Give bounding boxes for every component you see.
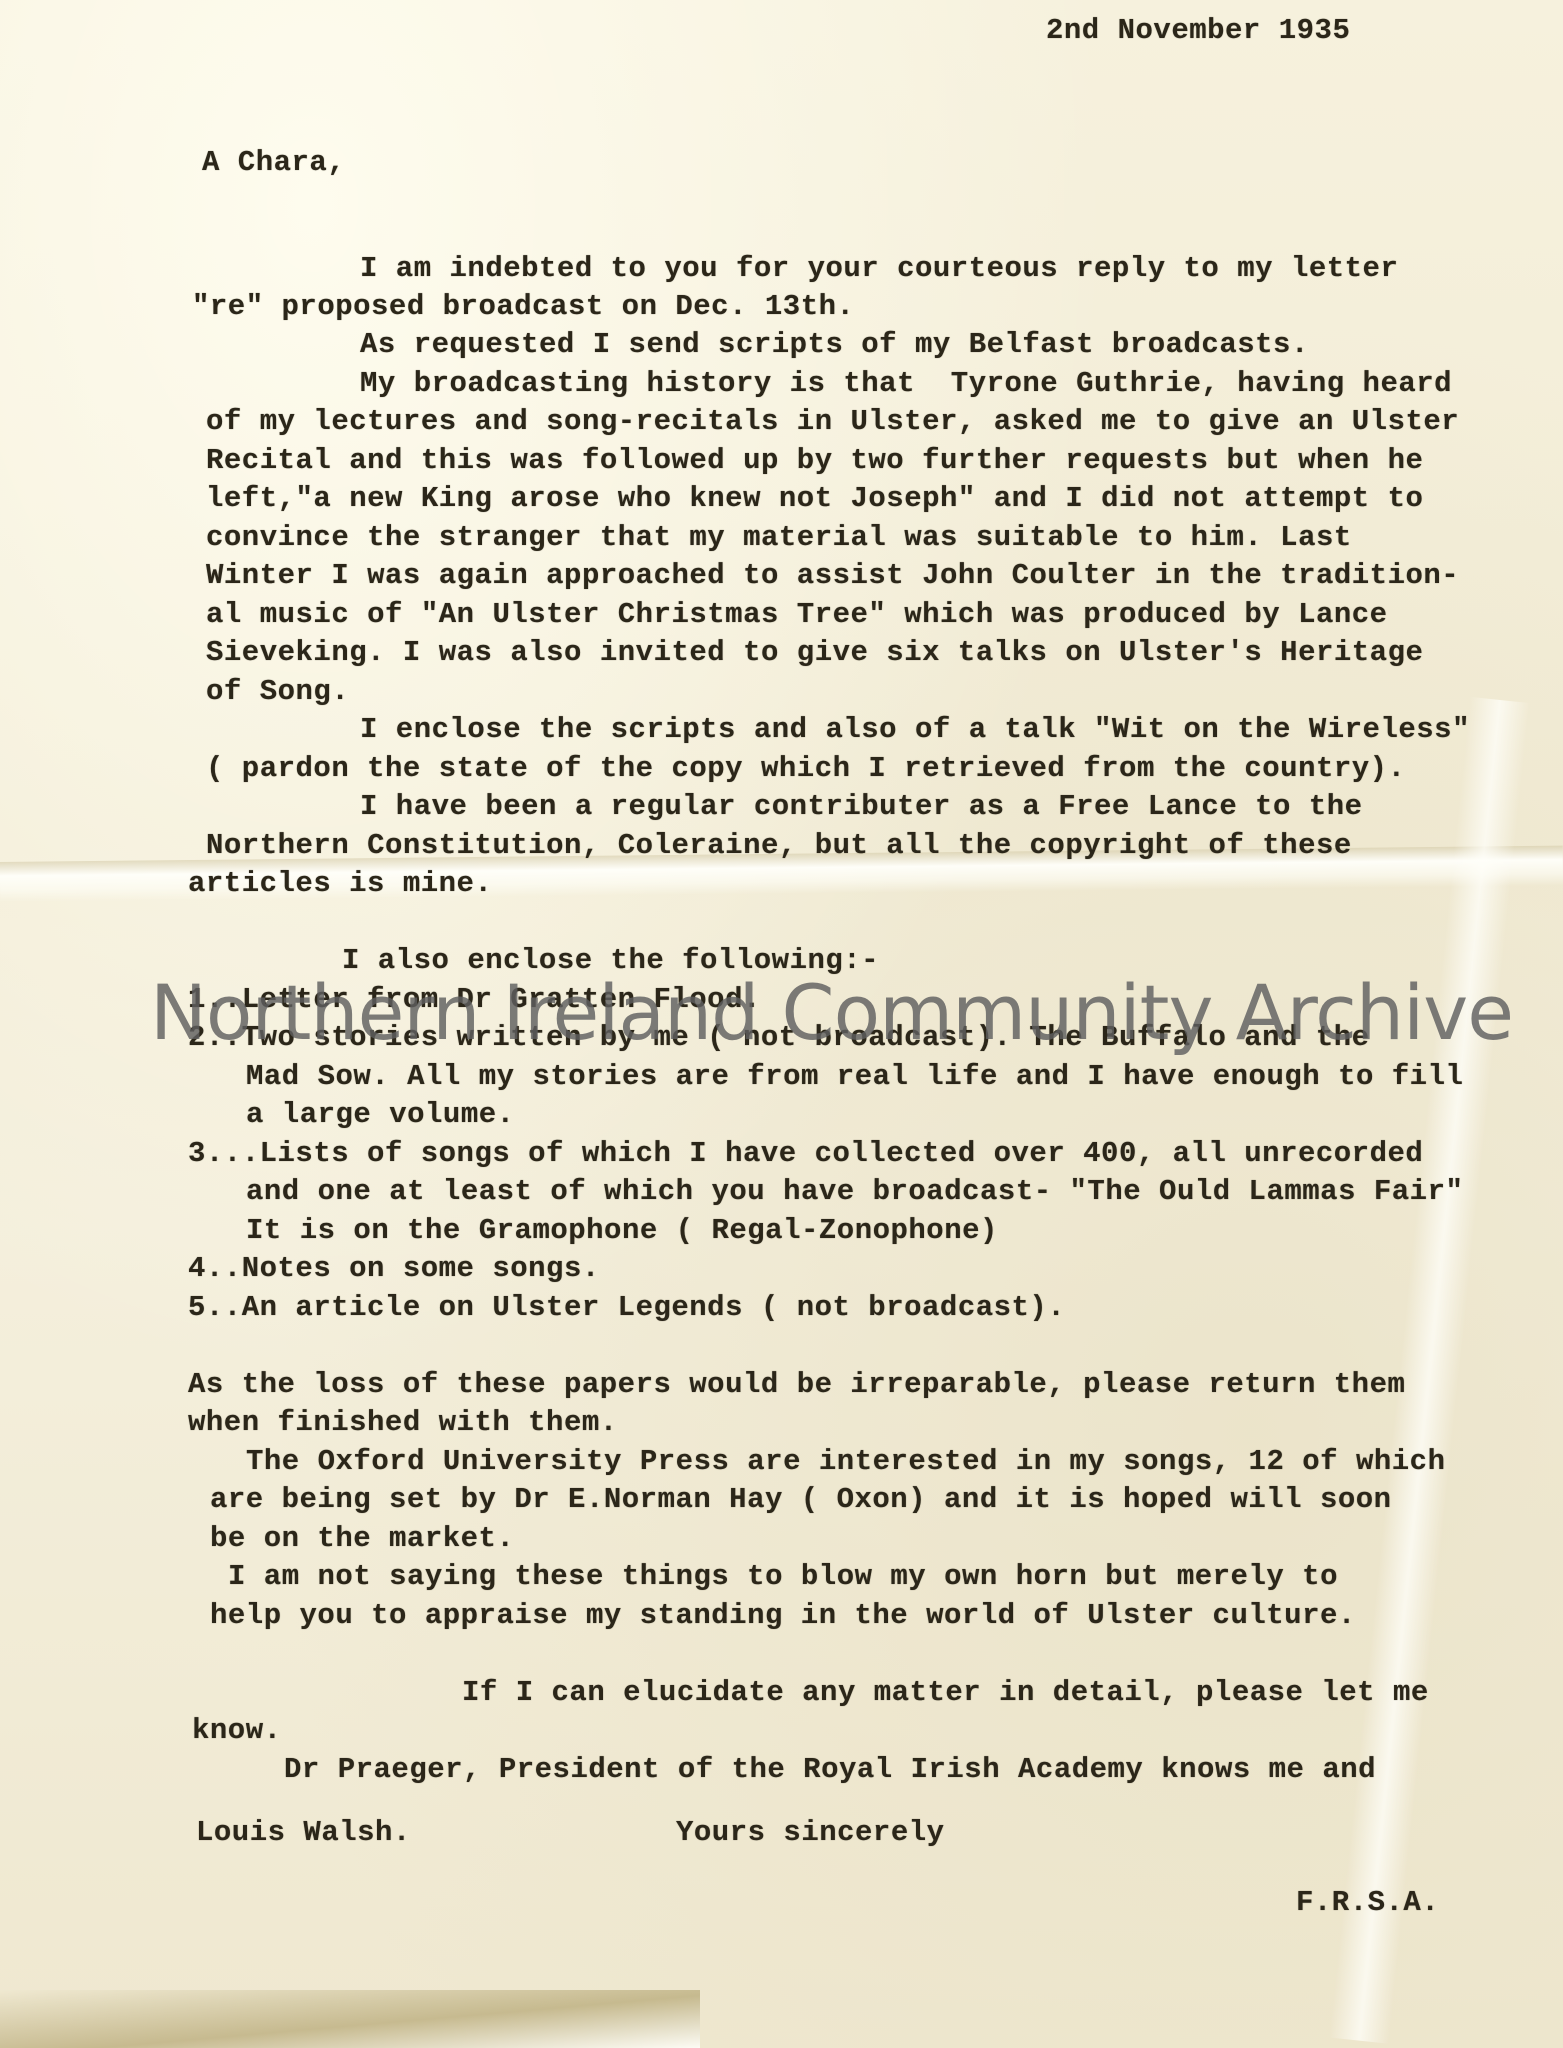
letter-line: Recital and this was followed up by two …	[206, 444, 1423, 478]
letter-line: Mad Sow. All my stories are from real li…	[246, 1060, 1463, 1094]
letter-date: 2nd November 1935	[1046, 14, 1350, 48]
letter-closing: Yours sincerely	[676, 1816, 945, 1850]
letter-line: I also enclose the following:-	[342, 944, 879, 978]
letter-line: be on the market.	[210, 1522, 514, 1556]
letter-line: know.	[192, 1714, 282, 1748]
letter-line: ( pardon the state of the copy which I r…	[206, 752, 1406, 786]
letter-line: a large volume.	[246, 1098, 515, 1132]
letter-line: al music of "An Ulster Christmas Tree" w…	[206, 598, 1388, 632]
letter-line: Northern Constitution, Coleraine, but al…	[206, 829, 1352, 863]
letter-line: As the loss of these papers would be irr…	[188, 1368, 1405, 1402]
letter-line: I am not saying these things to blow my …	[228, 1560, 1338, 1594]
letter-line: left,"a new King arose who knew not Jose…	[206, 482, 1423, 516]
letter-line: "re" proposed broadcast on Dec. 13th.	[192, 290, 854, 324]
letter-line: are being set by Dr E.Norman Hay ( Oxon)…	[210, 1483, 1392, 1517]
letter-line: I enclose the scripts and also of a talk…	[360, 713, 1470, 747]
letter-line: 1..Letter from Dr Gratten Flood.	[188, 983, 761, 1017]
letter-line: when finished with them.	[188, 1406, 618, 1440]
letter-line: of Song.	[206, 675, 349, 709]
letter-line: Winter I was again approached to assist …	[206, 559, 1459, 593]
author-postnominal: F.R.S.A.	[1296, 1886, 1439, 1920]
letter-line: help you to appraise my standing in the …	[210, 1599, 1356, 1633]
letter-line: articles is mine.	[188, 867, 492, 901]
letter-line: and one at least of which you have broad…	[246, 1175, 1463, 1209]
letter-line: 4..Notes on some songs.	[188, 1252, 600, 1286]
letter-line: I am indebted to you for your courteous …	[360, 252, 1398, 286]
typed-letter: 2nd November 1935 A Chara, I am indebted…	[0, 0, 1563, 2048]
letter-line: Sieveking. I was also invited to give si…	[206, 636, 1423, 670]
letter-salutation: A Chara,	[202, 146, 345, 180]
letter-line: It is on the Gramophone ( Regal-Zonophon…	[246, 1214, 998, 1248]
letter-line: 5..An article on Ulster Legends ( not br…	[188, 1291, 1065, 1325]
letter-line: 3...Lists of songs of which I have colle…	[188, 1137, 1423, 1171]
letter-line: If I can elucidate any matter in detail,…	[462, 1676, 1429, 1710]
letter-line: 2..Two stories written by me ( not broad…	[188, 1021, 1370, 1055]
letter-line: My broadcasting history is that Tyrone G…	[360, 367, 1452, 401]
letter-line: convince the stranger that my material w…	[206, 521, 1352, 555]
author-name: Louis Walsh.	[196, 1816, 411, 1850]
letter-line: Dr Praeger, President of the Royal Irish…	[284, 1753, 1376, 1787]
letter-line: As requested I send scripts of my Belfas…	[360, 328, 1309, 362]
letter-line: of my lectures and song-recitals in Ulst…	[206, 405, 1459, 439]
letter-line: I have been a regular contributer as a F…	[360, 790, 1363, 824]
letter-line: The Oxford University Press are interest…	[246, 1445, 1446, 1479]
